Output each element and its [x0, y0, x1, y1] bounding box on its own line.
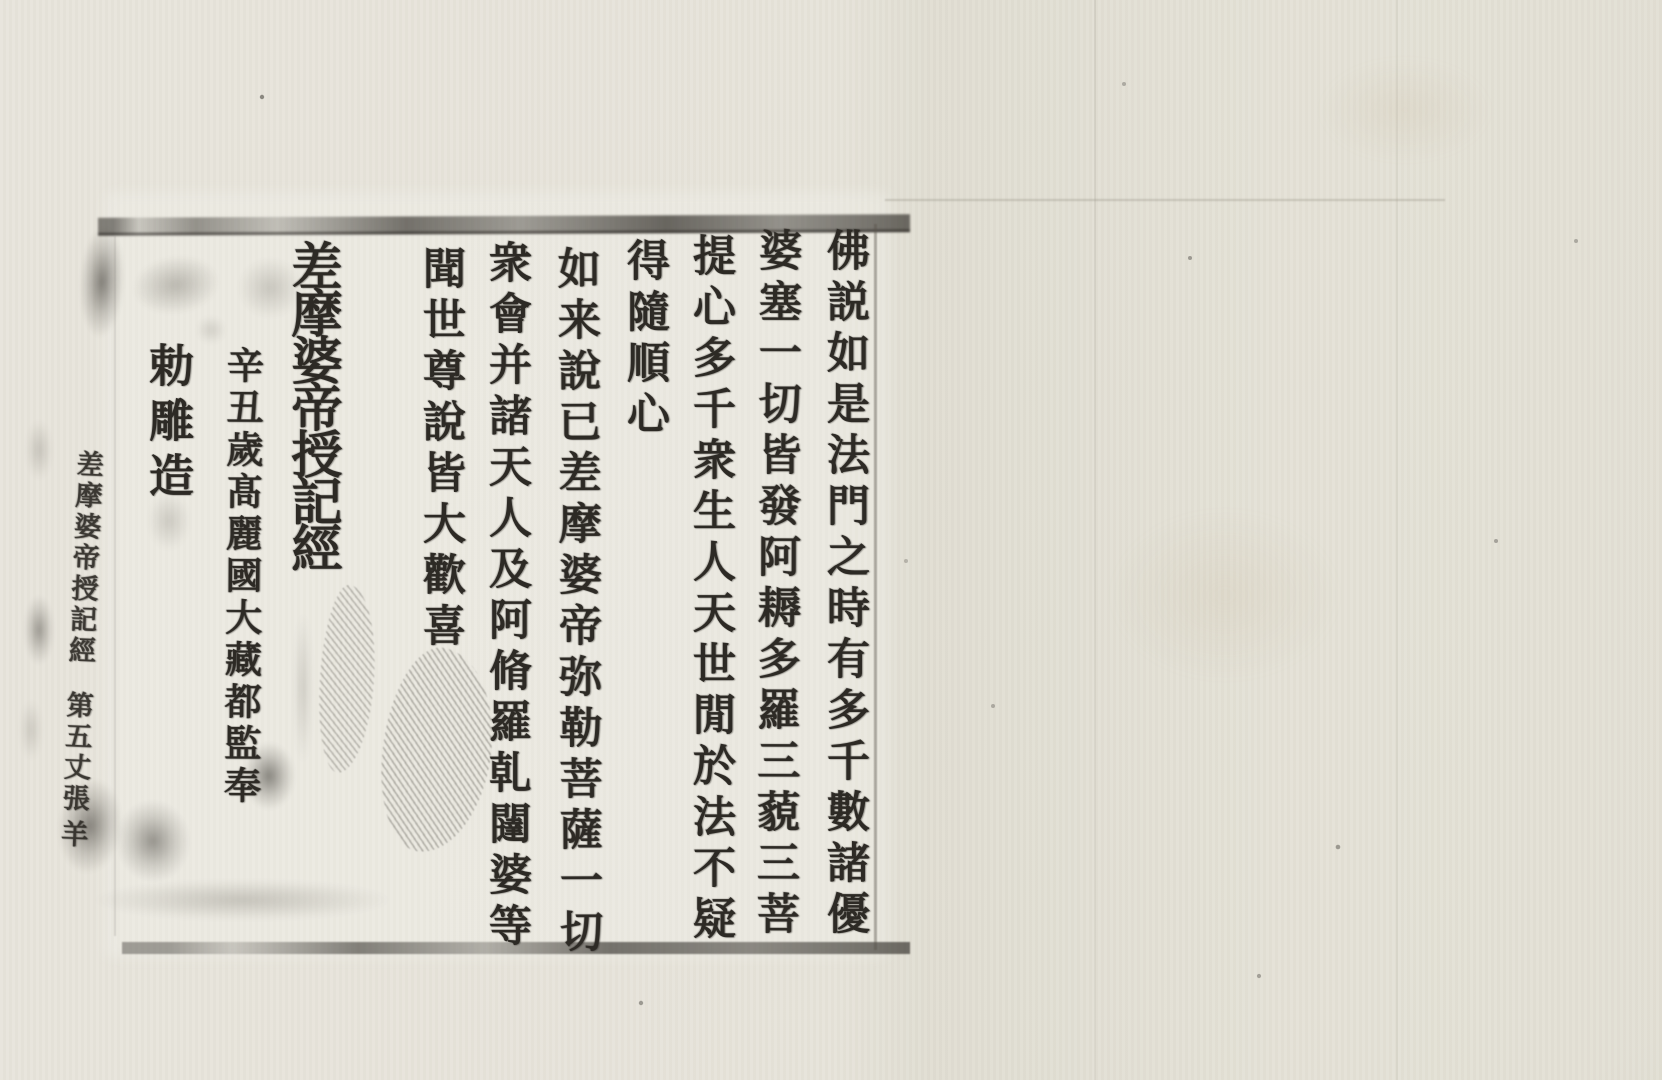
sutra-column-7: 聞世尊說皆大歡喜	[419, 246, 462, 654]
margin-series-character: 羊	[56, 819, 88, 851]
sutra-column-4: 得隨順心	[623, 238, 666, 442]
margin-title: 差摩婆帝授記經	[63, 450, 103, 668]
ink-mark-left-edge	[26, 420, 52, 480]
colophon-column: 辛丑歲髙麗國大藏都監奉	[220, 346, 260, 808]
paper-stain	[1110, 510, 1340, 680]
margin-sheet-number: 第五丈張	[57, 690, 93, 815]
frame-right-border	[874, 224, 877, 950]
paper-fold-crease	[1396, 0, 1398, 1080]
paper-stain	[1320, 60, 1490, 160]
ink-mark-left-edge	[24, 595, 54, 665]
frame-left-border	[114, 236, 116, 936]
paper-fold-crease	[1094, 0, 1096, 1080]
frame-top-extension-line	[885, 199, 1445, 201]
edict-carving-column: 勅雕造	[145, 342, 190, 507]
sutra-column-6: 衆會并諸天人及阿脩羅乹闥婆等	[485, 240, 528, 954]
ink-mark-left-edge	[20, 700, 42, 760]
paper-specks	[0, 0, 2, 2]
sutra-column-3: 提心多千衆生人天世閒於法不疑	[689, 233, 732, 947]
sutra-column-1: 佛説如是法門之時有多千數諸優	[823, 228, 866, 942]
end-title-column: 差摩婆帝授記經	[286, 240, 337, 569]
sutra-column-5: 如来說已差摩婆帝弥勒菩薩一切	[554, 246, 599, 960]
scanned-sutra-page: 佛説如是法門之時有多千數諸優 婆塞一切皆發阿耨多羅三藐三菩 提心多千衆生人天世閒…	[0, 0, 1662, 1080]
sheet-margin-label: 差摩婆帝授記經第五丈張羊	[58, 450, 102, 852]
sutra-column-2: 婆塞一切皆發阿耨多羅三藐三菩	[753, 228, 798, 942]
